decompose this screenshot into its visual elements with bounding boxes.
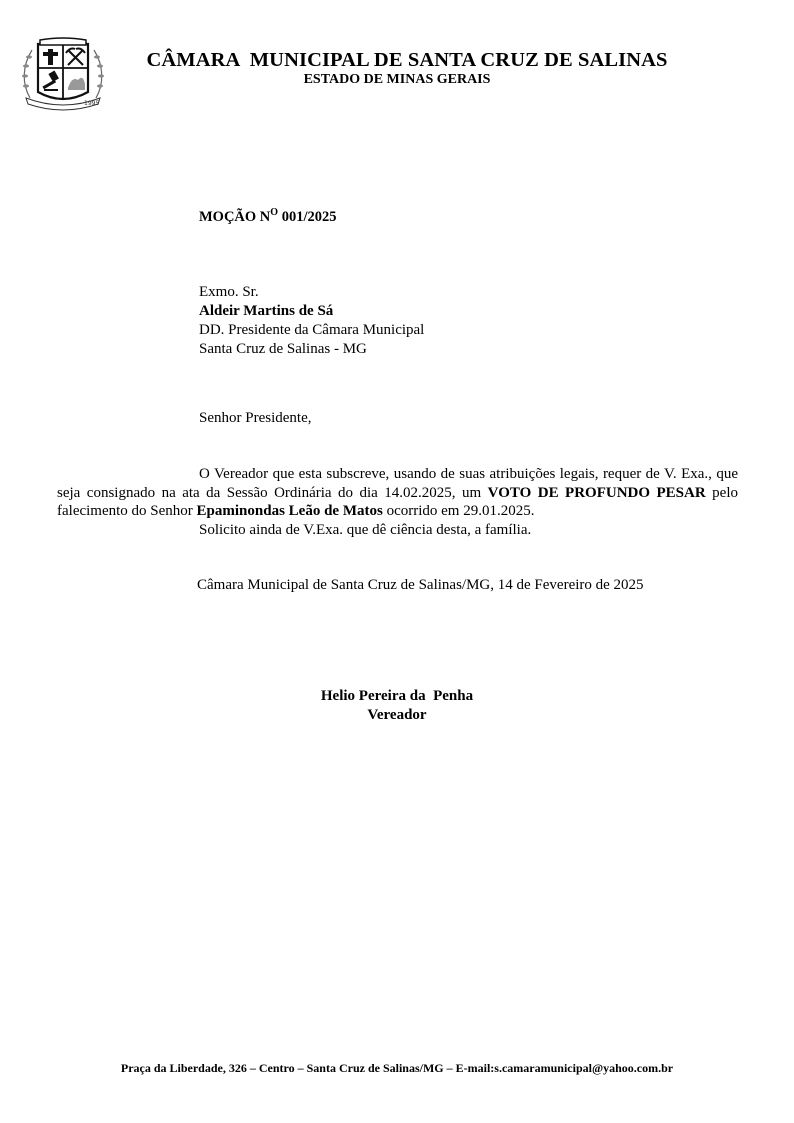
- motion-label: MOÇÃO N: [199, 209, 270, 225]
- place-date: Câmara Municipal de Santa Cruz de Salina…: [197, 577, 644, 594]
- signature-block: Helio Pereira da Penha Vereador: [0, 687, 794, 724]
- motion-number: MOÇÃO NO 001/2025: [199, 207, 336, 226]
- recipient-salutation: Exmo. Sr.: [199, 283, 424, 302]
- footer-address: Praça da Liberdade, 326 – Centro – Santa…: [0, 1061, 794, 1076]
- state-subtitle: ESTADO DE MINAS GERAIS: [0, 72, 794, 88]
- institution-title: CÂMARA MUNICIPAL DE SANTA CRUZ DE SALINA…: [0, 49, 794, 72]
- signer-name: Helio Pereira da Penha: [0, 687, 794, 706]
- recipient-block: Exmo. Sr. Aldeir Martins de Sá DD. Presi…: [199, 283, 424, 359]
- recipient-city: Santa Cruz de Salinas - MG: [199, 340, 424, 359]
- body-paragraph: O Vereador que esta subscreve, usando de…: [57, 465, 738, 521]
- body-bold-vote: VOTO DE PROFUNDO PESAR: [488, 485, 706, 501]
- svg-text:1995: 1995: [84, 100, 99, 107]
- recipient-name: Aldeir Martins de Sá: [199, 302, 424, 321]
- greeting: Senhor Presidente,: [199, 410, 311, 427]
- motion-id: 001/2025: [278, 209, 336, 225]
- body-text-3: ocorrido em 29.01.2025.: [383, 503, 535, 519]
- recipient-role: DD. Presidente da Câmara Municipal: [199, 321, 424, 340]
- signer-title: Vereador: [0, 706, 794, 725]
- body-bold-deceased: Epaminondas Leão de Matos: [197, 503, 383, 519]
- body-paragraph-2: Solicito ainda de V.Exa. que dê ciência …: [199, 521, 531, 540]
- motion-superscript: O: [270, 207, 278, 218]
